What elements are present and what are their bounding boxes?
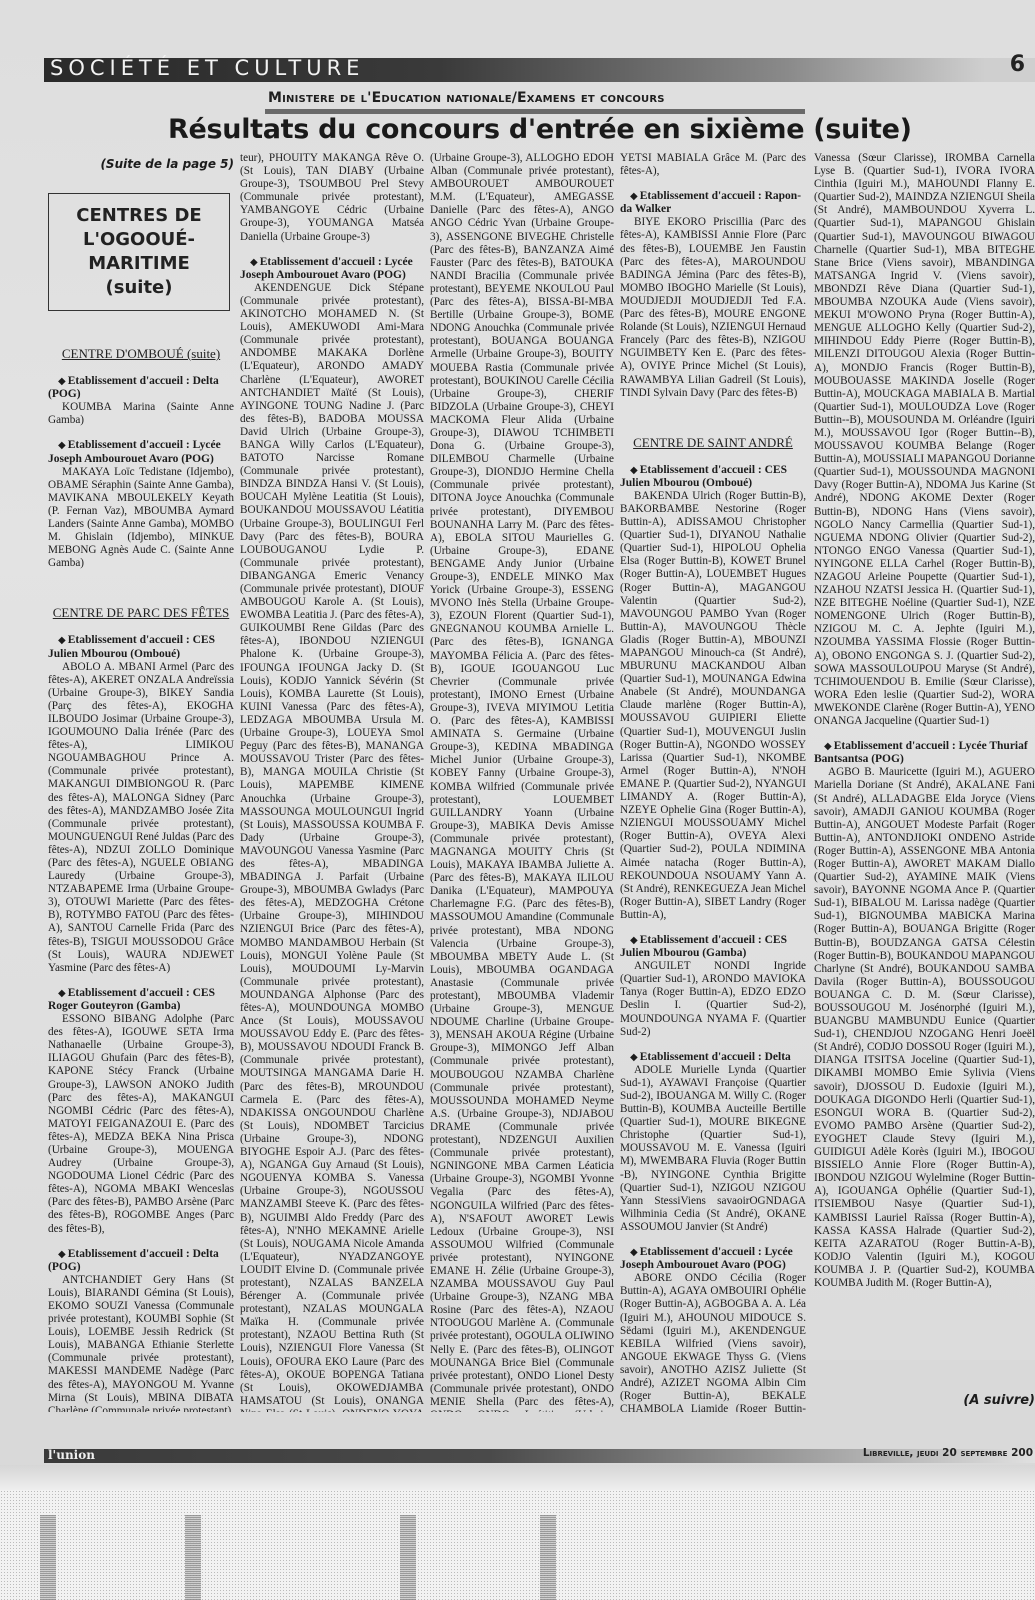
establishment-heading: ◆Etablissement d'accueil : CES Roger Gou…	[48, 987, 234, 1013]
establishment-heading: ◆Etablissement d'accueil : CES Julien Mb…	[48, 634, 234, 660]
candidate-list-continued: (Urbaine Groupe-3), ALLOGHO EDOH Alban (…	[430, 152, 614, 1412]
diamond-bullet-icon: ◆	[58, 376, 66, 387]
scan-stripe	[185, 1515, 201, 1600]
candidate-list-continued: teur), PHOUITY MAKANGA Rêve O. (St Louis…	[240, 152, 424, 244]
column-4: YETSI MABIALA Grâce M. (Parc des fêtes-A…	[620, 152, 806, 1412]
diamond-bullet-icon: ◆	[58, 1249, 66, 1260]
centre-title: CENTRE DE SAINT ANDRÉ	[620, 436, 806, 450]
region-box: CENTRES DE L'OGOOUÉ-MARITIME (suite)	[48, 193, 230, 311]
diamond-bullet-icon: ◆	[58, 440, 66, 451]
diamond-bullet-icon: ◆	[58, 635, 66, 646]
column-2: teur), PHOUITY MAKANGA Rêve O. (St Louis…	[240, 152, 424, 1412]
candidate-list: ABORE ONDO Cécilia (Roger Buttin-A), AGA…	[620, 1272, 806, 1412]
candidate-list: AKENDENGUE Dick Stépane (Communale privé…	[240, 282, 424, 1412]
diamond-bullet-icon: ◆	[630, 465, 638, 476]
diamond-bullet-icon: ◆	[630, 935, 638, 946]
establishment-heading: ◆Etablissement d'accueil : CES Julien Mb…	[620, 464, 806, 490]
diamond-bullet-icon: ◆	[630, 1247, 638, 1258]
diamond-bullet-icon: ◆	[630, 1052, 638, 1063]
establishment-heading: ◆Etablissement d'accueil : CES Julien Mb…	[620, 934, 806, 960]
candidate-list: BAKENDA Ulrich (Roger Buttin-B), BAKORBA…	[620, 490, 806, 922]
establishment-heading: ◆Etablissement d'accueil : Lycée Joseph …	[240, 256, 424, 282]
column-5: Vanessa (Sœur Clarisse), IROMBA Carnella…	[814, 152, 1035, 1412]
candidate-list: ANTCHANDIET Gery Hans (St Louis), BIARAN…	[48, 1274, 234, 1412]
establishment-heading: ◆Etablissement d'accueil : Lycée Joseph …	[48, 439, 234, 465]
establishment-heading: ◆Etablissement d'accueil : Delta	[620, 1051, 806, 1064]
scan-stripe	[40, 1515, 56, 1600]
candidate-list: BIYE EKORO Priscillia (Parc des fêtes-A)…	[620, 216, 806, 399]
establishment-heading: ◆Etablissement d'accueil : Lycée Thuriaf…	[814, 740, 1035, 766]
candidate-list: AGBO B. Mauricette (Iguiri M.), AGUERO M…	[814, 766, 1035, 1290]
scan-stripe	[540, 1515, 556, 1600]
candidate-list: KOUMBA Marina (Sainte Anne Gamba)	[48, 401, 234, 427]
article-kicker: Ministere de l'Education nationale/Exame…	[268, 90, 665, 106]
candidate-list: ANGUILET NONDI Ingride (Quartier Sud-1),…	[620, 960, 806, 1039]
centre-title: CENTRE DE PARC DES FÊTES	[48, 606, 234, 620]
establishment-heading: ◆Etablissement d'accueil : Delta (POG)	[48, 1248, 234, 1274]
continued-from-note: (Suite de la page 5)	[48, 158, 234, 171]
page-bottom-margin	[0, 1465, 1035, 1490]
establishment-heading: ◆Etablissement d'accueil : Delta (POG)	[48, 375, 234, 401]
scanner-background	[0, 1490, 1035, 1600]
column-1: (Suite de la page 5) CENTRES DE L'OGOOUÉ…	[48, 152, 234, 1412]
candidate-list: ADOLE Murielle Lynda (Quartier Sud-1), A…	[620, 1064, 806, 1234]
section-title: SOCIÉTÉ ET CULTURE	[50, 56, 364, 80]
candidate-list: MAKAYA Loïc Tedistane (Idjembo), OBAME S…	[48, 466, 234, 571]
candidate-list-continued: Vanessa (Sœur Clarisse), IROMBA Carnella…	[814, 152, 1035, 728]
column-3: (Urbaine Groupe-3), ALLOGHO EDOH Alban (…	[430, 152, 614, 1412]
diamond-bullet-icon: ◆	[58, 988, 66, 999]
footer-dateline: Libreville, jeudi 20 septembre 200	[863, 1447, 1033, 1459]
to-be-continued-note: (A suivre)	[963, 1393, 1035, 1408]
centre-title: CENTRE D'OMBOUÉ (suite)	[48, 347, 234, 361]
page-number: 6	[1010, 52, 1025, 77]
diamond-bullet-icon: ◆	[824, 741, 832, 752]
establishment-heading: ◆Etablissement d'accueil : Lycée Joseph …	[620, 1246, 806, 1272]
diamond-bullet-icon: ◆	[250, 257, 258, 268]
candidate-list-continued: YETSI MABIALA Grâce M. (Parc des fêtes-A…	[620, 152, 806, 178]
establishment-heading: ◆Etablissement d'accueil : Rapon-da Walk…	[620, 190, 806, 216]
candidate-list: ABOLO A. MBANI Armel (Parc des fêtes-A),…	[48, 661, 234, 975]
candidate-list: ESSONO BIBANG Adolphe (Parc des fêtes-A)…	[48, 1013, 234, 1236]
article-headline: Résultats du concours d'entrée en sixièm…	[168, 114, 912, 145]
diamond-bullet-icon: ◆	[630, 191, 638, 202]
scan-stripe	[400, 1515, 416, 1600]
newspaper-brand: l'union	[48, 1448, 95, 1462]
